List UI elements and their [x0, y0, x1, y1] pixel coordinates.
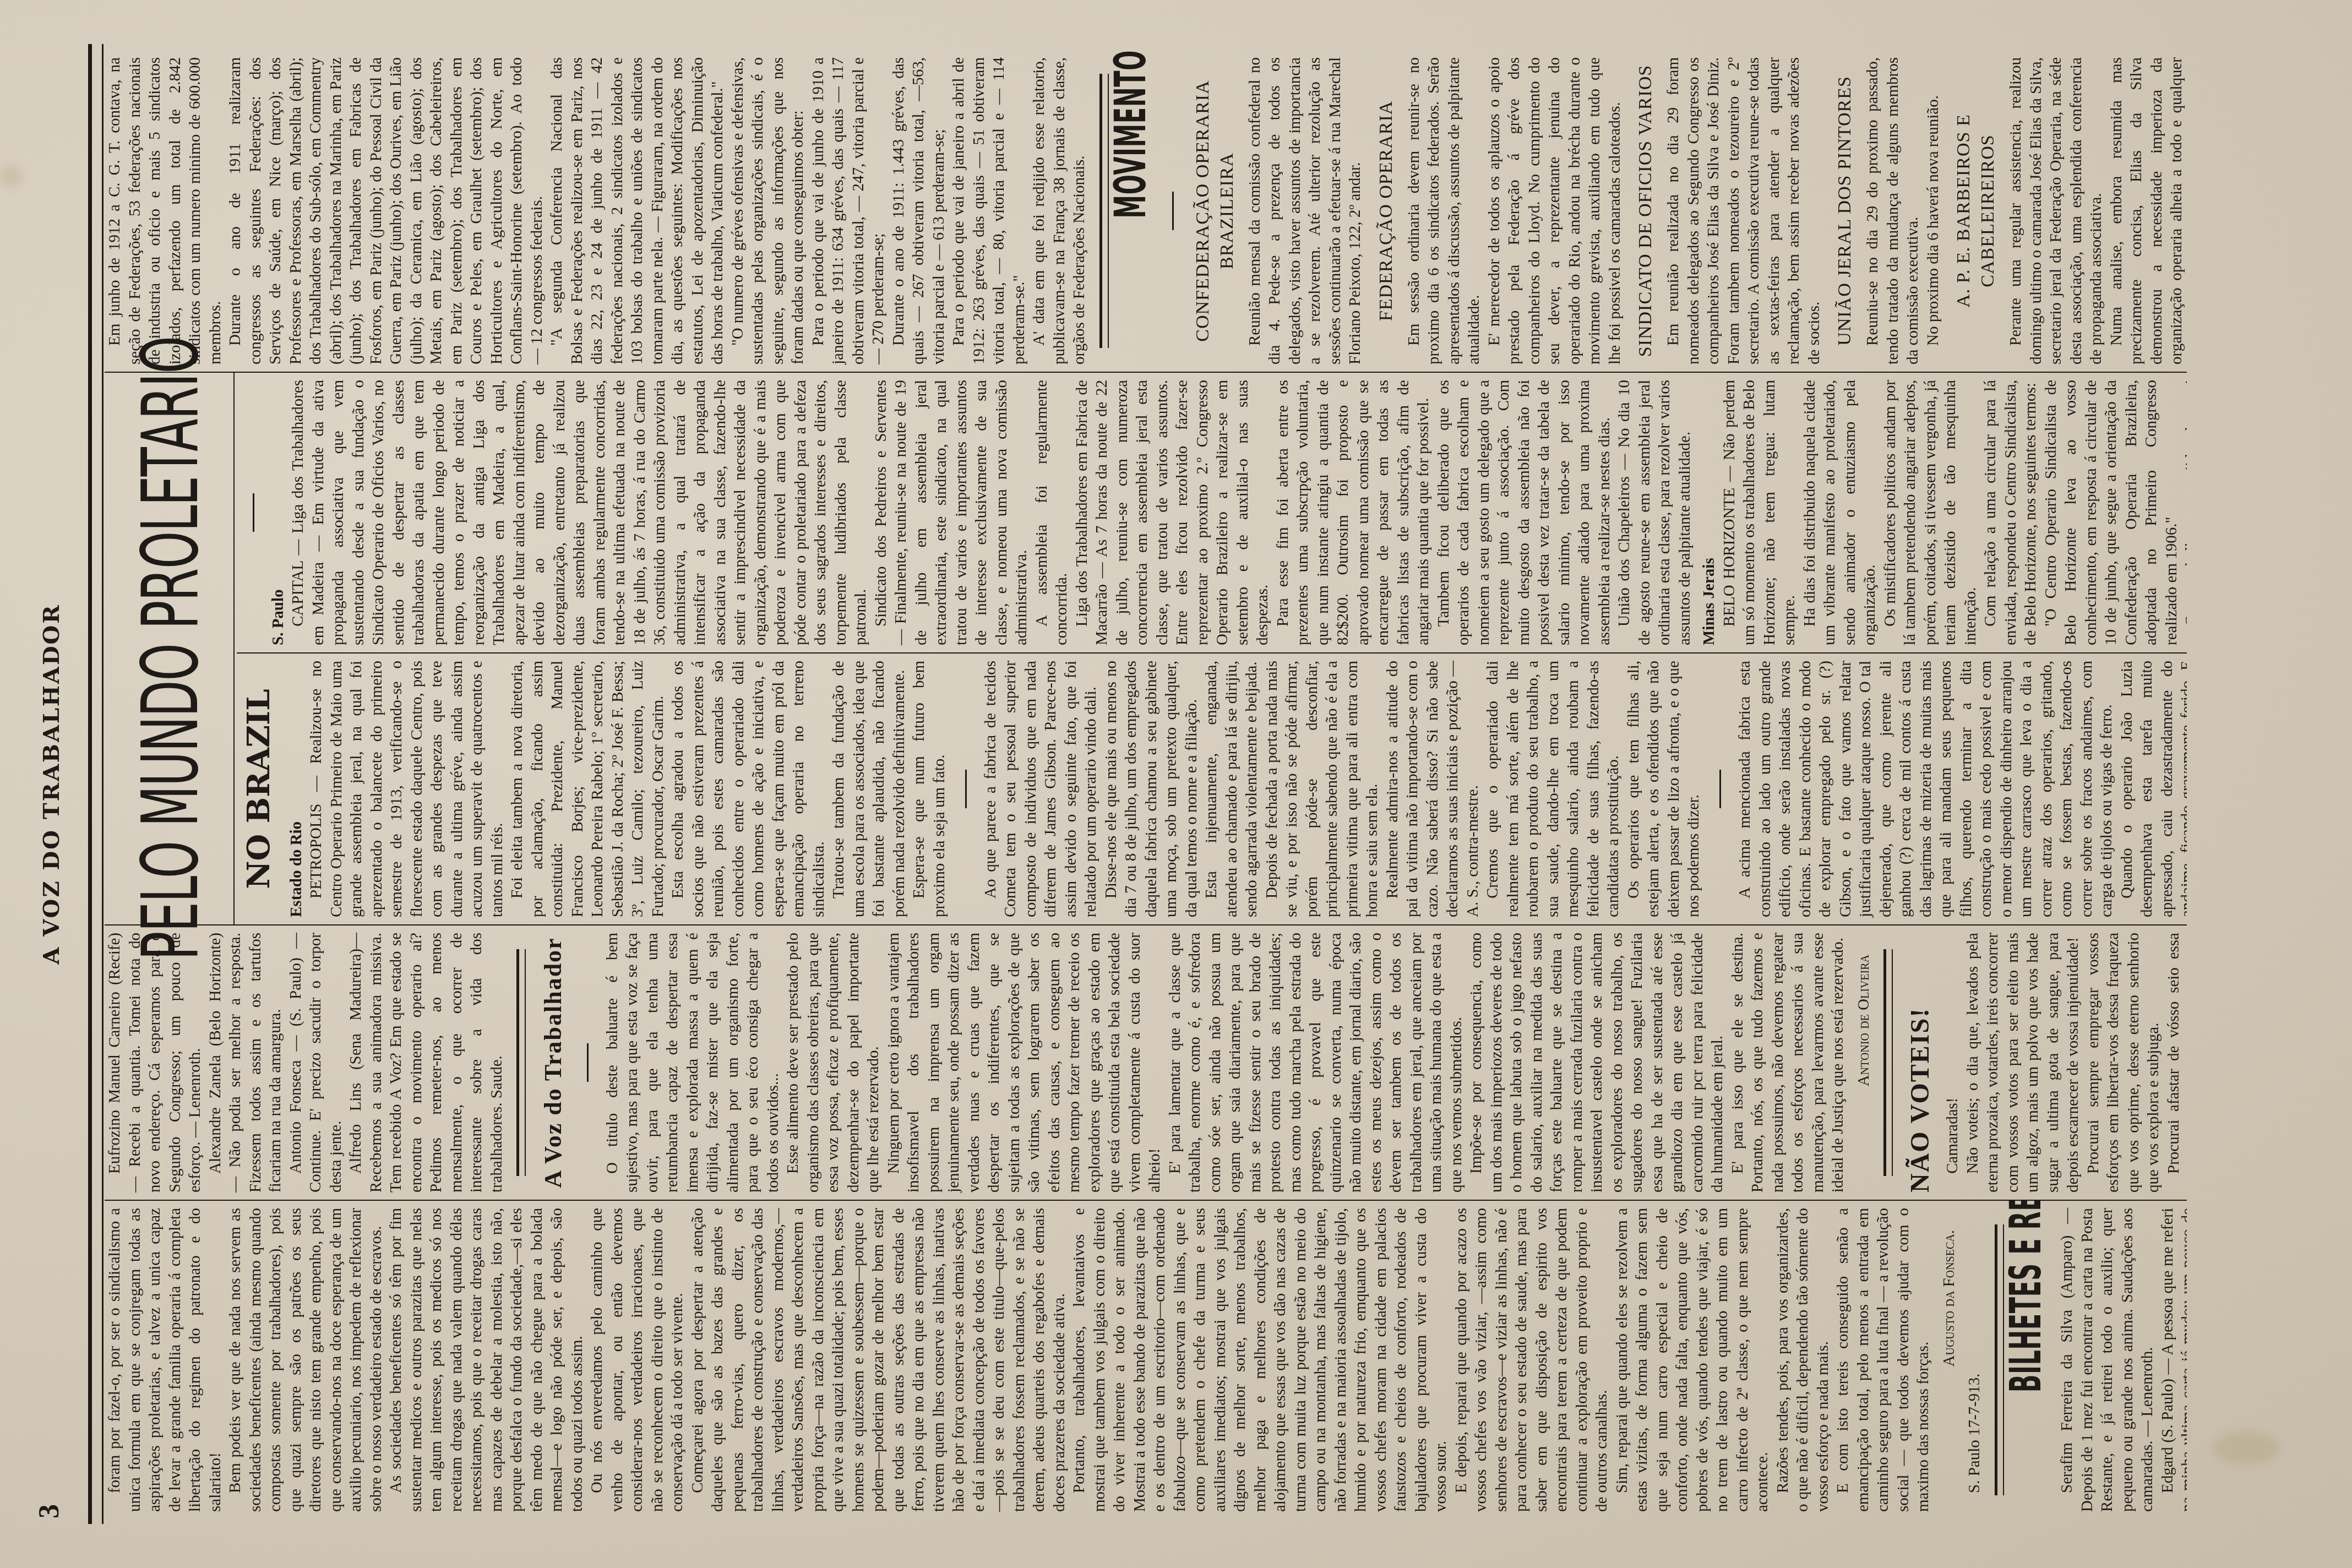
paragraph: Alfredo Lins (Sena Madureira)— Recebemos… — [346, 933, 507, 1193]
paragraph: Foi eleita tambem a nova diretoria, por … — [507, 661, 668, 917]
headline-rule — [233, 372, 235, 925]
separator-double-rule — [516, 949, 526, 1176]
column-2: Eufrozino Manuel Carneiro (Recife) — Rec… — [105, 925, 2187, 1200]
paragraph: Tambem ficou deliberado que os operarios… — [1434, 380, 1615, 645]
paragraph: A assembleia foi regularmente concorrida… — [1032, 380, 1072, 645]
paragraph: Os operarios que tem filhas ali, estejam… — [1624, 661, 1704, 917]
headline-text: PELO MUNDO PROLETARIO — [126, 337, 216, 960]
paragraph: "O Centro Operario Sindicalista de Belo … — [2041, 380, 2182, 645]
section-subheading: A. P. E. BARBEIROS E CABELEIREIROS — [1952, 57, 2000, 364]
paragraph: E' para lamentar que a classe que trabal… — [1165, 933, 1467, 1193]
column-5: Em junho de 1912 a C. G. T. contava, na … — [105, 50, 2187, 372]
paragraph: Os mistificadores politicos andam por lá… — [1880, 380, 1981, 645]
paragraph: As sociedades beneficentes só têm por fi… — [386, 1208, 587, 1512]
paragraph: Antonio Fonseca — (S. Paulo) — Continue.… — [286, 933, 346, 1193]
paragraph: Ou nós enveredamos pelo caminho que venh… — [587, 1208, 688, 1512]
masthead: A VOZ DO TRABALHADOR 3 — [17, 44, 77, 1524]
paragraph: A' data em que foi redijido esse relator… — [1029, 57, 1090, 364]
paragraph: A acima mencionada fabrica esta construi… — [1735, 661, 2117, 917]
paragraph: Liga dos Trabalhadores em Fabrica de Mac… — [1072, 380, 1273, 645]
paragraph: E depois, reparai que quando por acazo o… — [1451, 1208, 1612, 1512]
paragraph: Edgard (S. Paulo) — A pessoa que me refe… — [2158, 1208, 2187, 1512]
paragraph: Bem podeis ver que de nada nos servem as… — [225, 1208, 386, 1512]
paragraph: BELO HORIZONTE — Não perdem um só moment… — [1719, 380, 1800, 645]
section-heading-text: MOVIMENTO ASSOCIATIVO — [1121, 50, 1141, 219]
paragraph: Ao que parece a fabrica de tecidos Comet… — [981, 661, 1101, 917]
paragraph: Procurai afastar de vósso seio essa hord… — [2164, 933, 2187, 1193]
paragraph: PETROPOLIS — Realizou-se no Centro Opera… — [306, 661, 507, 917]
paragraph: Numa analise, embora resumida mas preciz… — [2106, 57, 2187, 364]
paragraph: Cremos que o operariado dali realmente t… — [1483, 661, 1624, 917]
masthead-double-rule — [88, 44, 104, 1524]
paragraph: Durante o ano de 1911: 1.443 gréves, das… — [889, 57, 949, 364]
separator-dash — [1709, 661, 1730, 917]
paragraph: Durante o ano de 1911 realizaram congres… — [225, 57, 547, 364]
paragraph: foram por fazel-o, por ser o sindicalism… — [105, 1208, 225, 1512]
section-heading: NO BRAZIL — [249, 661, 274, 917]
separator-dash — [1162, 57, 1182, 364]
paragraph: Esta escolha agradou a todos os socios q… — [668, 661, 829, 917]
paragraph: Camaradas! — [1942, 933, 1963, 1193]
newspaper-title: A VOZ DO TRABALHADOR — [39, 44, 64, 1524]
paragraph: Esse alimento deve ser prestado pelo org… — [783, 933, 884, 1193]
paragraph: Em reunião realizada no dia 29 foram nom… — [1663, 57, 1824, 364]
paragraph: Realmente admira-nos a atitude do pai da… — [1382, 661, 1483, 917]
separator-double-rule — [1883, 949, 1893, 1176]
paragraph: Reunião mensal da comissão confederal no… — [1245, 57, 1365, 364]
section-subheading: CONFEDERAÇÃO OPERARIA BRAZILEIRA — [1191, 57, 1239, 364]
paragraph: Em sessão ordinaria devem reunir-se no p… — [1404, 57, 1484, 364]
section-heading-text: BILHETES E RECADOS — [2016, 1200, 2037, 1392]
section-subheading: S. Paulo — [268, 380, 288, 645]
paragraph: Começarei agora por despertar a atenção … — [688, 1208, 1070, 1512]
article-signature: Antonio de Oliveira — [1854, 933, 1874, 1193]
newspaper-page: A VOZ DO TRABALHADOR 3 PELO MUNDO PROLET… — [0, 0, 2352, 1568]
column-3: NO BRAZILEstado do RioPETROPOLIS — Reali… — [237, 653, 2187, 925]
paragraph: Em junho de 1912 a C. G. T. contava, na … — [105, 57, 225, 364]
paragraph: União dos Chapeleiros — No dia 10 de ago… — [1614, 380, 1695, 645]
section-heading-text: NO BRAZIL — [249, 689, 269, 889]
paragraph: CAPITAL — Liga dos Trabalhadores em Made… — [288, 380, 871, 645]
paragraph: Serafim Ferreira da Silva (Amparo) — Dep… — [2057, 1208, 2158, 1512]
article-title: NÃO VOTEIS! — [1903, 933, 1938, 1193]
column-4: S. PauloCAPITAL — Liga dos Trabalhadores… — [237, 372, 2187, 653]
paragraph: Disse-nos ele que mais ou menos no dia 7… — [1101, 661, 1202, 917]
section-subheading: Minas Jerais — [1699, 380, 1719, 645]
paragraph: Tratou-se tambem da fundação de uma esco… — [829, 661, 909, 917]
separator-dash — [242, 380, 263, 645]
paragraph: Espera-se que num futuro bem proximo ela… — [909, 661, 949, 917]
paragraph: Sim, reparai que quando eles se rezolvem… — [1612, 1208, 1773, 1512]
section-subheading: SINDICATO DE OFICIOS VARIOS — [1634, 57, 1658, 364]
paragraph: Ninguem por certo ignora a vantajem inso… — [884, 933, 1165, 1193]
paragraph: Perante uma regular assistencia, realizo… — [2006, 57, 2106, 364]
column-1: foram por fazel-o, por ser o sindicalism… — [105, 1200, 2187, 1520]
paragraph: Como trabalham os rotejidos do papai Her… — [2181, 380, 2187, 645]
headline-pelo-mundo-proletario: PELO MUNDO PROLETARIO — [110, 372, 231, 925]
section-subheading: Estado do Rio — [286, 661, 307, 917]
paragraph: Não voteis; o dia que, levados pela eter… — [1963, 933, 2083, 1193]
paragraph: Ha dias foi distribuido naquela cidade u… — [1800, 380, 1880, 645]
paragraph: Com relação a uma circular para lá envia… — [1980, 380, 2041, 645]
paragraph: Razões tendes, pois, para vos organizard… — [1773, 1208, 1833, 1512]
paragraph: Procurai sempre empregar vossos esforços… — [2083, 933, 2164, 1193]
paragraph: Sindicato dos Pedreiros e Serventes — Fi… — [871, 380, 1032, 645]
paragraph: Esta injenuamente, enganada, atendeu ao … — [1201, 661, 1262, 917]
paragraph: "A segunda Conferencia Nacional das Bols… — [547, 57, 728, 364]
separator-dash — [955, 661, 975, 917]
paragraph: E' merecedor de todos os aplauzos o apoi… — [1484, 57, 1625, 364]
paragraph: Quando o operario João Luzia desempenhav… — [2117, 661, 2187, 917]
paragraph: "O numero de gréves ofensivas e defensiv… — [728, 57, 808, 364]
paragraph: Alexandre Zanela (Belo Horizonte) — Não … — [205, 933, 286, 1193]
paragraph: E' para isso que ele se destina. Portant… — [1728, 933, 1848, 1193]
paragraph: Impõe-se por consequencia, como um dos m… — [1466, 933, 1728, 1193]
paragraph: Portanto, trabalhadores, levantaivos e m… — [1069, 1208, 1451, 1512]
paragraph: Reuniu-se no dia 29 do proximo passado, … — [1863, 57, 1923, 364]
article-title: A Voz do Trabalhador — [536, 933, 571, 1193]
paragraph: O titulo deste baluarte é bem sujestivo,… — [602, 933, 783, 1193]
article-signature: Augusto da Fonseca. — [1939, 1208, 1959, 1512]
paragraph: Depois de fechada a porta nada mais se v… — [1262, 661, 1382, 917]
section-heading: MOVIMENTO ASSOCIATIVO — [1121, 57, 1150, 364]
paragraph: Para esse fim foi aberta entre os prezen… — [1273, 380, 1434, 645]
paragraph: S. Paulo 17-7-913. — [1964, 1208, 1985, 1512]
separator-dash — [576, 933, 597, 1193]
paragraph: No proximo dia 6 haverá nova reunião. — [1923, 57, 1943, 364]
paragraph: Para o periodo que vai de janeiro a abri… — [949, 57, 1029, 364]
section-subheading: UNIÃO JERAL DOS PINTORES — [1833, 57, 1857, 364]
paragraph: E com isto tereis conseguido senão a ema… — [1833, 1208, 1934, 1512]
section-subheading: FEDERAÇÃO OPERARIA — [1374, 57, 1398, 364]
paragraph: Para o periodo que vai de junho de 1910 … — [808, 57, 889, 364]
page-scan: A VOZ DO TRABALHADOR 3 PELO MUNDO PROLET… — [0, 0, 2352, 1568]
section-heading: BILHETES E RECADOS — [2016, 1208, 2045, 1512]
page-number: 3 — [33, 1504, 66, 1518]
paragraph: Eufrozino Manuel Carneiro (Recife) — Rec… — [105, 933, 205, 1193]
